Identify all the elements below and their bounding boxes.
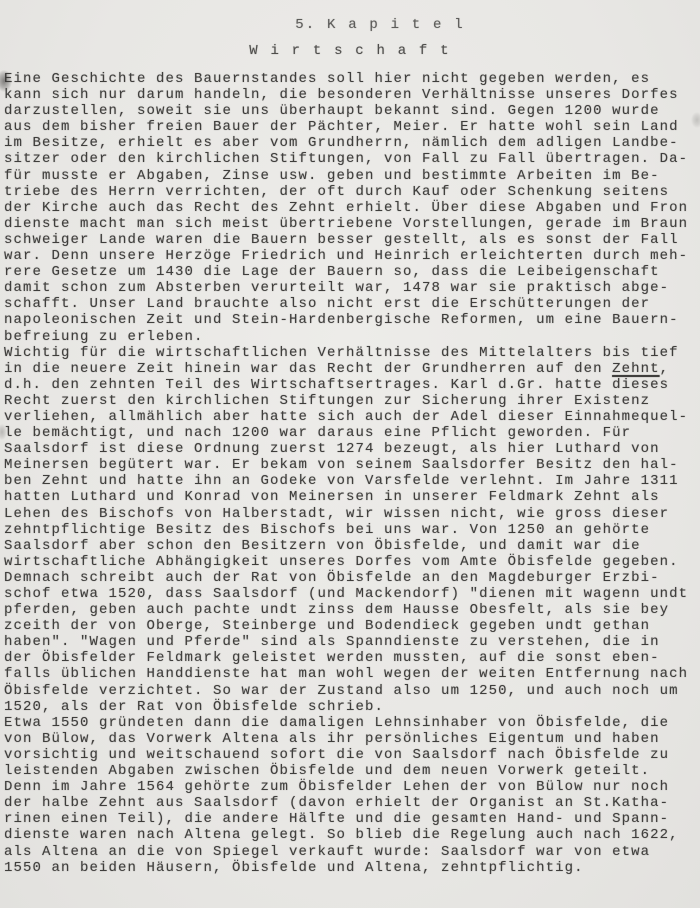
body-text: Eine Geschichte des Bauernstandes soll h… <box>0 71 700 876</box>
text-line: hatten Luthard und Konrad von Meinersen … <box>4 489 700 505</box>
text-line: im Besitze, erhielt es aber vom Grundher… <box>4 135 700 151</box>
text-line: Lehen des Bischofs von Halberstadt, wir … <box>4 506 700 522</box>
text-line: sitzer oder den kirchlichen Stiftungen, … <box>4 151 700 167</box>
text-line: für musste er Abgaben, Zinse usw. geben … <box>4 168 700 184</box>
text-line: der Öbisfelder Feldmark geleistet werden… <box>4 650 700 666</box>
text-line: Demnach schreibt auch der Rat von Öbisfe… <box>4 570 700 586</box>
text-line: Denn im Jahre 1564 gehörte zum Öbisfelde… <box>4 779 700 795</box>
text-line: ben Zehnt und hatte ihn an Godeke von Va… <box>4 473 700 489</box>
text-line: falls üblichen Handdienste hat man wohl … <box>4 666 700 682</box>
text-line: befreiung zu erleben. <box>4 329 700 345</box>
text-line: pferden, geben auch pachte undt zinss de… <box>4 602 700 618</box>
text-line: als Altena an die von Spiegel verkauft w… <box>4 844 700 860</box>
text-line: Öbisfelde verzichtet. So war der Zustand… <box>4 683 700 699</box>
text-line: aus dem bisher freien Bauer der Pächter,… <box>4 119 700 135</box>
section-title: W i r t s c h a f t <box>0 38 700 64</box>
text-line: darzustellen, soweit sie uns überhaupt b… <box>4 103 700 119</box>
text-line: d.h. den zehnten Teil des Wirtschaftsert… <box>4 377 700 393</box>
text-line: napoleonischen Zeit und Stein-Hardenberg… <box>4 312 700 328</box>
text-line: zehntpflichtige Besitz des Bischofs bei … <box>4 522 700 538</box>
text-line: in die neuere Zeit hinein war das Recht … <box>4 361 700 377</box>
text-line: Wichtig für die wirtschaftlichen Verhält… <box>4 345 700 361</box>
text-line: schof etwa 1520, dass Saalsdorf (und Mac… <box>4 586 700 602</box>
text-line: 1520, als der Rat von Öbisfelde schrieb. <box>4 699 700 715</box>
chapter-title: 5. K a p i t e l <box>30 0 700 38</box>
text-line: Etwa 1550 gründeten dann die damaligen L… <box>4 715 700 731</box>
text-line: wirtschaftliche Abhängigkeit unseres Dor… <box>4 554 700 570</box>
text-line: dienste waren nach Altena gelegt. So bli… <box>4 827 700 843</box>
text-line: vorsichtig und weitschauend sofort die v… <box>4 747 700 763</box>
text-line: Recht zuerst den kirchlichen Stiftungen … <box>4 393 700 409</box>
text-line: Saalsdorf aber schon den Besitzern von Ö… <box>4 538 700 554</box>
text-line: war. Denn unsere Herzöge Friedrich und H… <box>4 248 700 264</box>
text-line: rinen einen Teil), die andere Hälfte und… <box>4 811 700 827</box>
text-line: rere Gesetze um 1430 die Lage der Bauern… <box>4 264 700 280</box>
text-line: le bemächtigt, und nach 1200 war daraus … <box>4 425 700 441</box>
text-line: der halbe Zehnt aus Saalsdorf (davon erh… <box>4 795 700 811</box>
scanned-document-page: 5. K a p i t e l W i r t s c h a f t Ein… <box>0 0 700 908</box>
text-line: dienste macht man sich meist übertrieben… <box>4 216 700 232</box>
text-line: damit schon zum Absterben verurteilt war… <box>4 280 700 296</box>
underlined-term: Zehnt <box>612 361 660 377</box>
text-line: kann sich nur darum handeln, die besonde… <box>4 87 700 103</box>
text-line: leistenden Abgaben zwischen Öbisfelde un… <box>4 763 700 779</box>
text-line: 1550 an beiden Häusern, Öbisfelde und Al… <box>4 860 700 876</box>
text-line: schafft. Unser Land brauchte also nicht … <box>4 296 700 312</box>
text-line: Meinersen begütert war. Er bekam von sei… <box>4 457 700 473</box>
text-line: schweiger Lande waren die Bauern besser … <box>4 232 700 248</box>
text-line: der Kirche auch das Recht des Zehnt erhi… <box>4 200 700 216</box>
text-line: von Bülow, das Vorwerk Altena als ihr pe… <box>4 731 700 747</box>
text-line: Eine Geschichte des Bauernstandes soll h… <box>4 71 700 87</box>
text-line: verliehen, allmählich aber hatte sich au… <box>4 409 700 425</box>
text-line: triebe des Herrn verrichten, der oft dur… <box>4 184 700 200</box>
text-line: Saalsdorf ist diese Ordnung zuerst 1274 … <box>4 441 700 457</box>
text-line: zceith der von Oberge, Steinberge und Bo… <box>4 618 700 634</box>
text-line: haben". "Wagen und Pferde" sind als Span… <box>4 634 700 650</box>
